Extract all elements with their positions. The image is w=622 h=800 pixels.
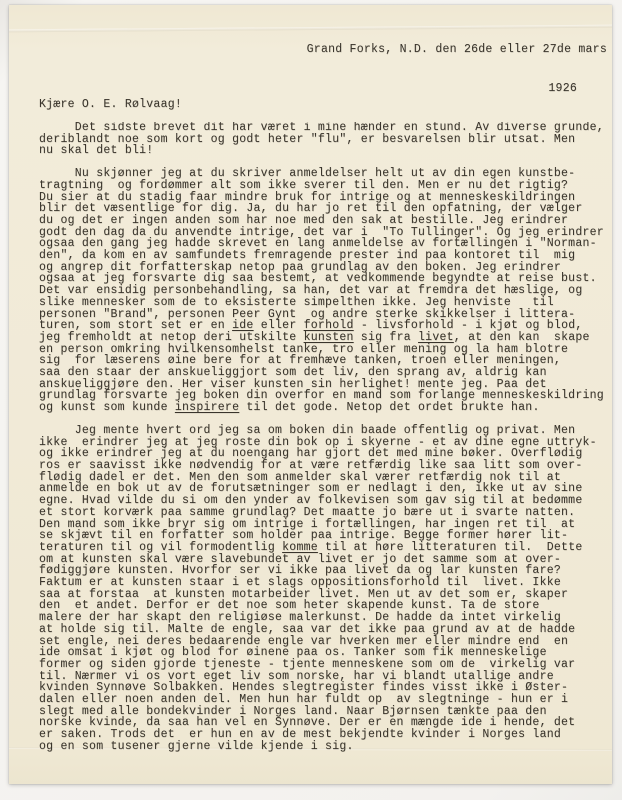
dateline-year: 1926	[307, 82, 577, 95]
letter-line: et stort korværk paa samme grundlag? Det…	[39, 507, 610, 519]
letter-line: Jeg mente hvert ord jeg sa om boken din …	[39, 425, 610, 437]
letter-body: Det sidste brevet dit har været i mine h…	[39, 122, 610, 778]
letter-line: at holde sig til. Malte de engle, saa va…	[39, 624, 610, 636]
letter-line: tragtning og fordømmer alt som ikke sver…	[39, 180, 610, 192]
letter-line: slike mennesker som de to eksisterte sim…	[39, 297, 610, 309]
letter-paragraph: Det sidste brevet dit har været i mine h…	[39, 122, 610, 157]
letter-line: og en som tusener gjerne vilde kjende i …	[39, 741, 610, 753]
letter-line: Det sidste brevet dit har været i mine h…	[39, 122, 610, 134]
letter-line: former og siden gjorde tjeneste - tjente…	[39, 659, 610, 671]
letter-line: Faktum er at kunsten staar i et slags op…	[39, 577, 610, 589]
letter-line: og kunst som kunde inspirere til det god…	[39, 402, 610, 414]
letter-line: saa den staar der anskueliggjort som det…	[39, 367, 610, 379]
scan-background: { "colors": { "paper": "#f1ead7", "ink":…	[0, 0, 622, 800]
letter-dateline: Grand Forks, N.D. den 26de eller 27de ma…	[307, 17, 607, 121]
letter-page: Grand Forks, N.D. den 26de eller 27de ma…	[9, 5, 612, 784]
letter-paragraph: Jeg mente hvert ord jeg sa om boken din …	[39, 425, 610, 753]
letter-salutation: Kjære O. E. Rølvaag!	[39, 98, 182, 111]
dateline-place-date: Grand Forks, N.D. den 26de eller 27de ma…	[307, 43, 607, 56]
letter-line: teraturen til og vil formodentlig komme …	[39, 542, 610, 554]
letter-paragraph: Nu skjønner jeg at du skriver anmeldelse…	[39, 168, 610, 414]
letter-line: jeg fremholdt at netop deri utskilte kun…	[39, 332, 610, 344]
letter-line: ros er saavisst ikke nødvendig for at væ…	[39, 460, 610, 472]
letter-line: nu skal det bli!	[39, 145, 610, 157]
letter-line: du og det er ingen anden som har noe med…	[39, 215, 610, 227]
letter-line: den", da kom en av samfundets fremragend…	[39, 250, 610, 262]
letter-line: dalen eller noen anden del. Men hun har …	[39, 694, 610, 706]
